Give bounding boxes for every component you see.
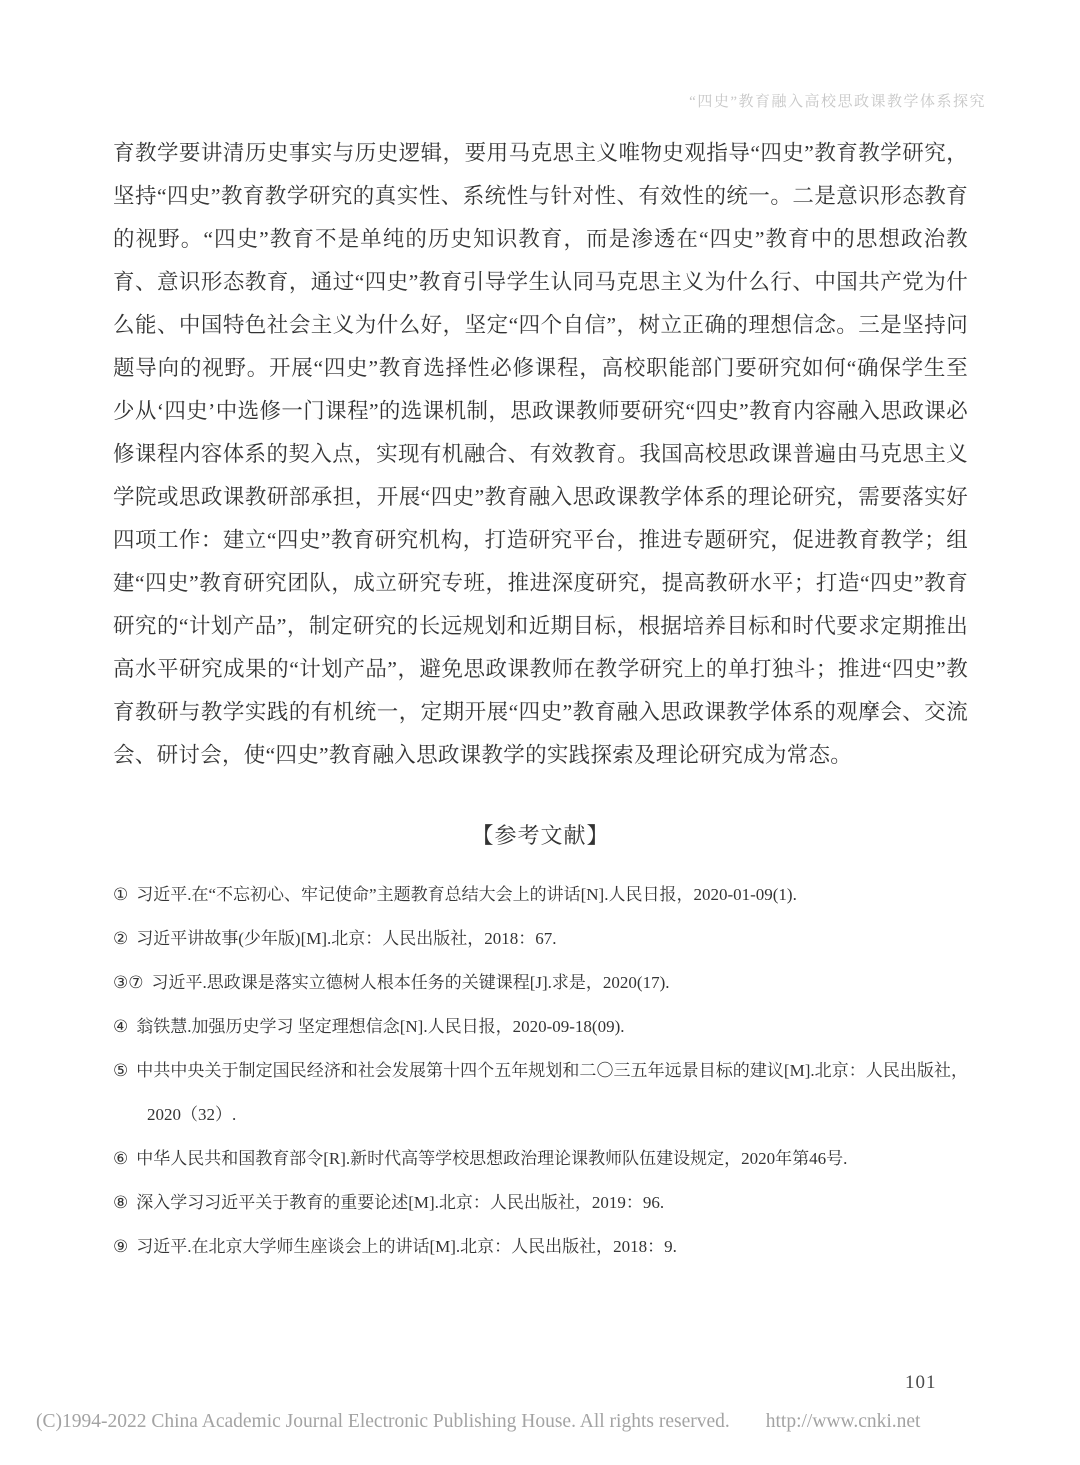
reference-item: ③⑦习近平.思政课是落实立德树人根本任务的关键课程[J].求是，2020(17)… [113,961,968,1005]
reference-text: 中华人民共和国教育部令[R].新时代高等学校思想政治理论课教师队伍建设规定，20… [136,1149,847,1168]
reference-text: 习近平.在“不忘初心、牢记使命”主题教育总结大会上的讲话[N].人民日报，202… [136,885,797,904]
reference-number: ② [113,929,128,948]
reference-text: 习近平.思政课是落实立德树人根本任务的关键课程[J].求是，2020(17). [151,973,669,992]
reference-item: ①习近平.在“不忘初心、牢记使命”主题教育总结大会上的讲话[N].人民日报，20… [113,873,968,917]
reference-text: 习近平.在北京大学师生座谈会上的讲话[M].北京：人民出版社，2018：9. [136,1237,677,1256]
page-footer: (C)1994-2022 China Academic Journal Elec… [36,1411,1044,1433]
reference-text: 中共中央关于制定国民经济和社会发展第十四个五年规划和二〇三五年远景目标的建议[M… [136,1061,968,1124]
reference-number: ③⑦ [113,973,143,992]
reference-number: ⑧ [113,1193,128,1212]
reference-number: ⑨ [113,1237,128,1256]
copyright-text: (C)1994-2022 China Academic Journal Elec… [36,1411,730,1432]
document-page: “四史”教育融入高校思政课教学体系探究 育教学要讲清历史事实与历史逻辑，要用马克… [0,0,1080,1465]
reference-item: ⑧深入学习习近平关于教育的重要论述[M].北京：人民出版社，2019：96. [113,1181,968,1225]
reference-item: ⑥中华人民共和国教育部令[R].新时代高等学校思想政治理论课教师队伍建设规定，2… [113,1137,968,1181]
reference-item: ⑨习近平.在北京大学师生座谈会上的讲话[M].北京：人民出版社，2018：9. [113,1225,968,1269]
reference-number: ⑥ [113,1149,128,1168]
reference-number: ① [113,885,128,904]
page-number: 101 [905,1372,937,1394]
reference-text: 深入学习习近平关于教育的重要论述[M].北京：人民出版社，2019：96. [136,1193,664,1212]
references-list: ①习近平.在“不忘初心、牢记使命”主题教育总结大会上的讲话[N].人民日报，20… [113,873,968,1269]
reference-number: ⑤ [113,1061,128,1080]
reference-item: ⑤中共中央关于制定国民经济和社会发展第十四个五年规划和二〇三五年远景目标的建议[… [113,1049,968,1137]
footer-url: http://www.cnki.net [766,1411,921,1432]
reference-item: ②习近平讲故事(少年版)[M].北京：人民出版社，2018：67. [113,917,968,961]
body-paragraph: 育教学要讲清历史事实与历史逻辑，要用马克思主义唯物史观指导“四史”教育教学研究，… [113,132,968,777]
reference-text: 翁铁慧.加强历史学习 坚定理想信念[N].人民日报，2020-09-18(09)… [136,1017,624,1036]
reference-number: ④ [113,1017,128,1036]
page-content: 育教学要讲清历史事实与历史逻辑，要用马克思主义唯物史观指导“四史”教育教学研究，… [113,0,968,1269]
reference-text: 习近平讲故事(少年版)[M].北京：人民出版社，2018：67. [136,929,556,948]
references-heading: 【参考文献】 [113,819,968,850]
reference-item: ④翁铁慧.加强历史学习 坚定理想信念[N].人民日报，2020-09-18(09… [113,1005,968,1049]
